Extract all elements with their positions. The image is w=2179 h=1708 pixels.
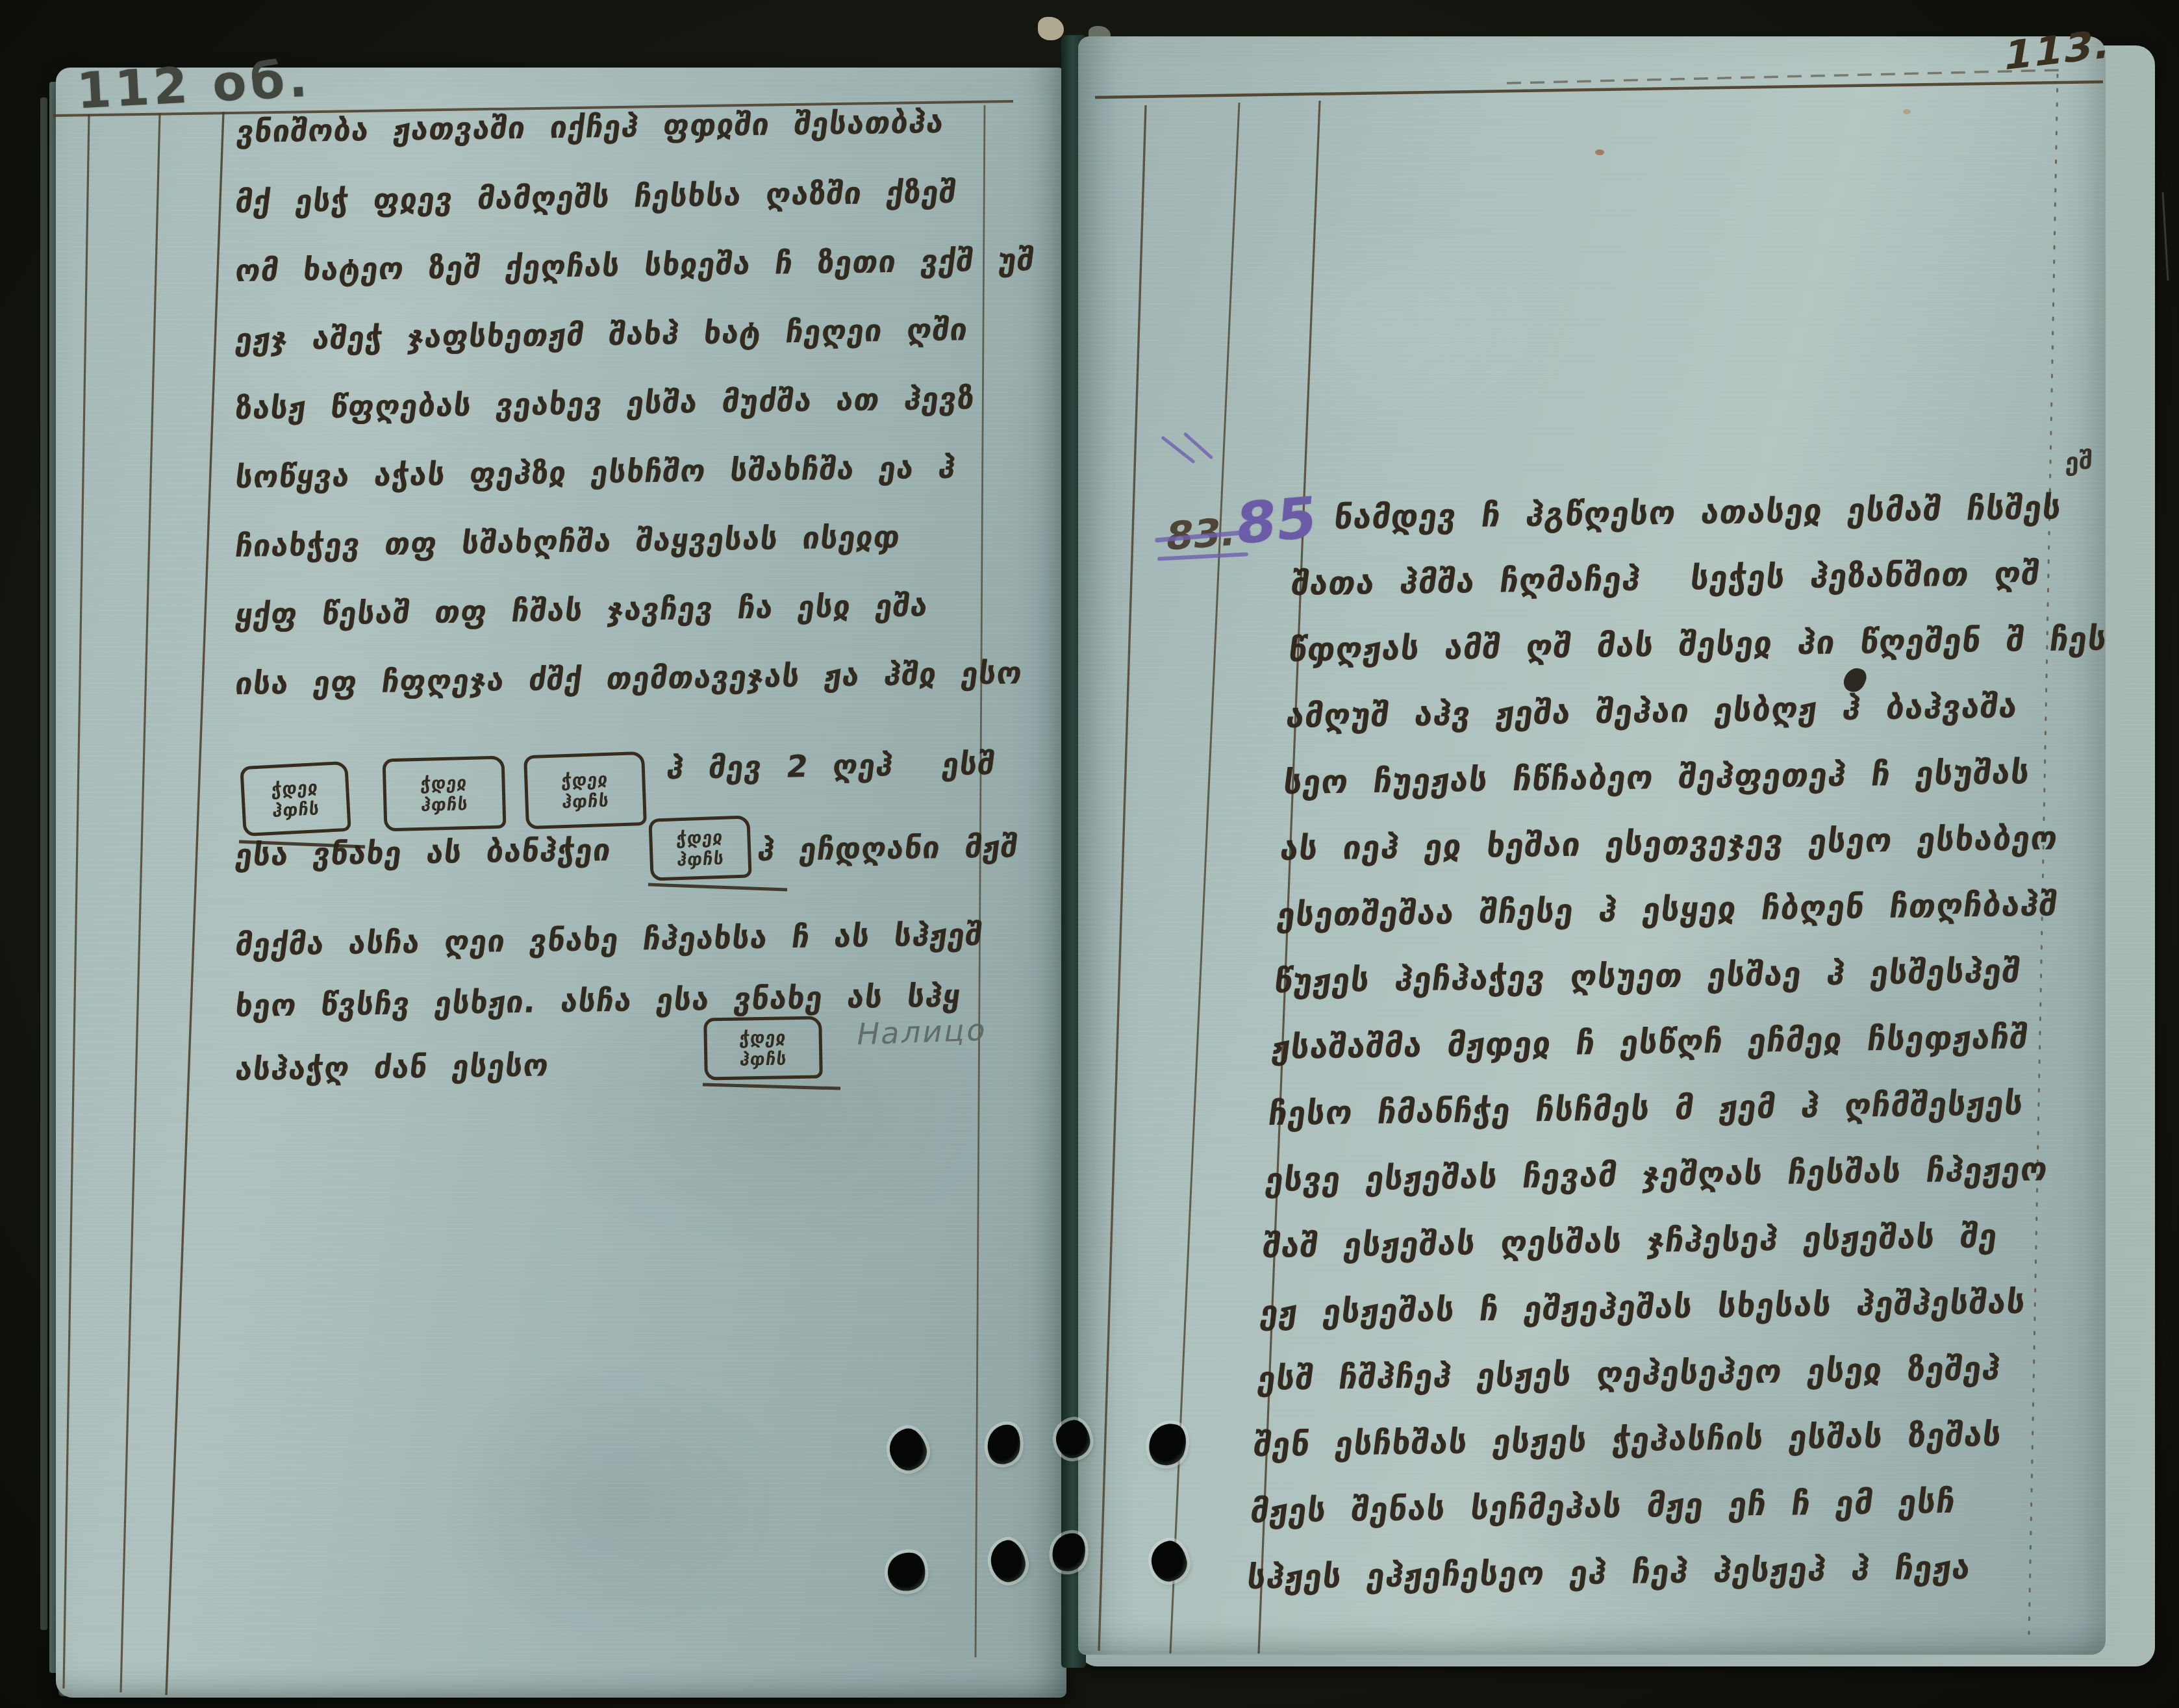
boxed-word-text: ჭდეჲ: [535, 768, 635, 792]
boxed-word-text: ჰჶჩს: [253, 797, 340, 823]
page-scrap-top: [1038, 17, 1064, 40]
boxed-word-text: ჰჶჩს: [535, 789, 636, 814]
boxed-word-text: ჭდეჲ: [393, 772, 496, 796]
handwritten-line: ჰ მევ 2 ღეჰ ესშ: [664, 746, 998, 786]
boxed-word-stamp: ჭდეჲჰჶჩს: [703, 1016, 823, 1080]
paper-fleck: [1903, 109, 1911, 114]
pencil-annotation: Налицо: [854, 1012, 990, 1052]
manuscript-scan: 112 об. 113. 83. 85 Налицо ეშ ვნიშობა ჟა…: [0, 0, 2179, 1708]
page-stack-edge-left-outer: [40, 97, 47, 1630]
boxed-word-text: ჰჶჩს: [394, 793, 496, 817]
boxed-word-text: ჭდეჲ: [714, 1027, 812, 1050]
paper-fleck: [1595, 149, 1604, 155]
boxed-word-stamp: ჭდეჲჰჶჩს: [383, 756, 507, 832]
boxed-word-stamp: ჭდეჲჰჶჩს: [648, 815, 751, 881]
boxed-word-text: ჭდეჲ: [659, 826, 740, 850]
edge-overflow-text: ეშ: [2065, 446, 2093, 477]
corrected-margin-number: 85: [1233, 484, 1320, 557]
boxed-word-stamp: ჭდეჲჰჶჩს: [523, 751, 647, 829]
boxed-word-text: ჰჶჩს: [660, 848, 741, 872]
handwritten-line: ესა ვნახე ას ბანჰჭეი: [233, 833, 613, 873]
left-page-number: 112 об.: [75, 50, 312, 120]
boxed-word-stamp: ჭდეჲჰჶჩს: [240, 761, 351, 837]
handwritten-line: ჰ ეჩდღანი მჟშ: [755, 829, 1020, 868]
boxed-word-text: ჰჶჩს: [714, 1048, 812, 1072]
handwritten-line: ასჰაჭღ ძან ესესო: [233, 1048, 551, 1088]
